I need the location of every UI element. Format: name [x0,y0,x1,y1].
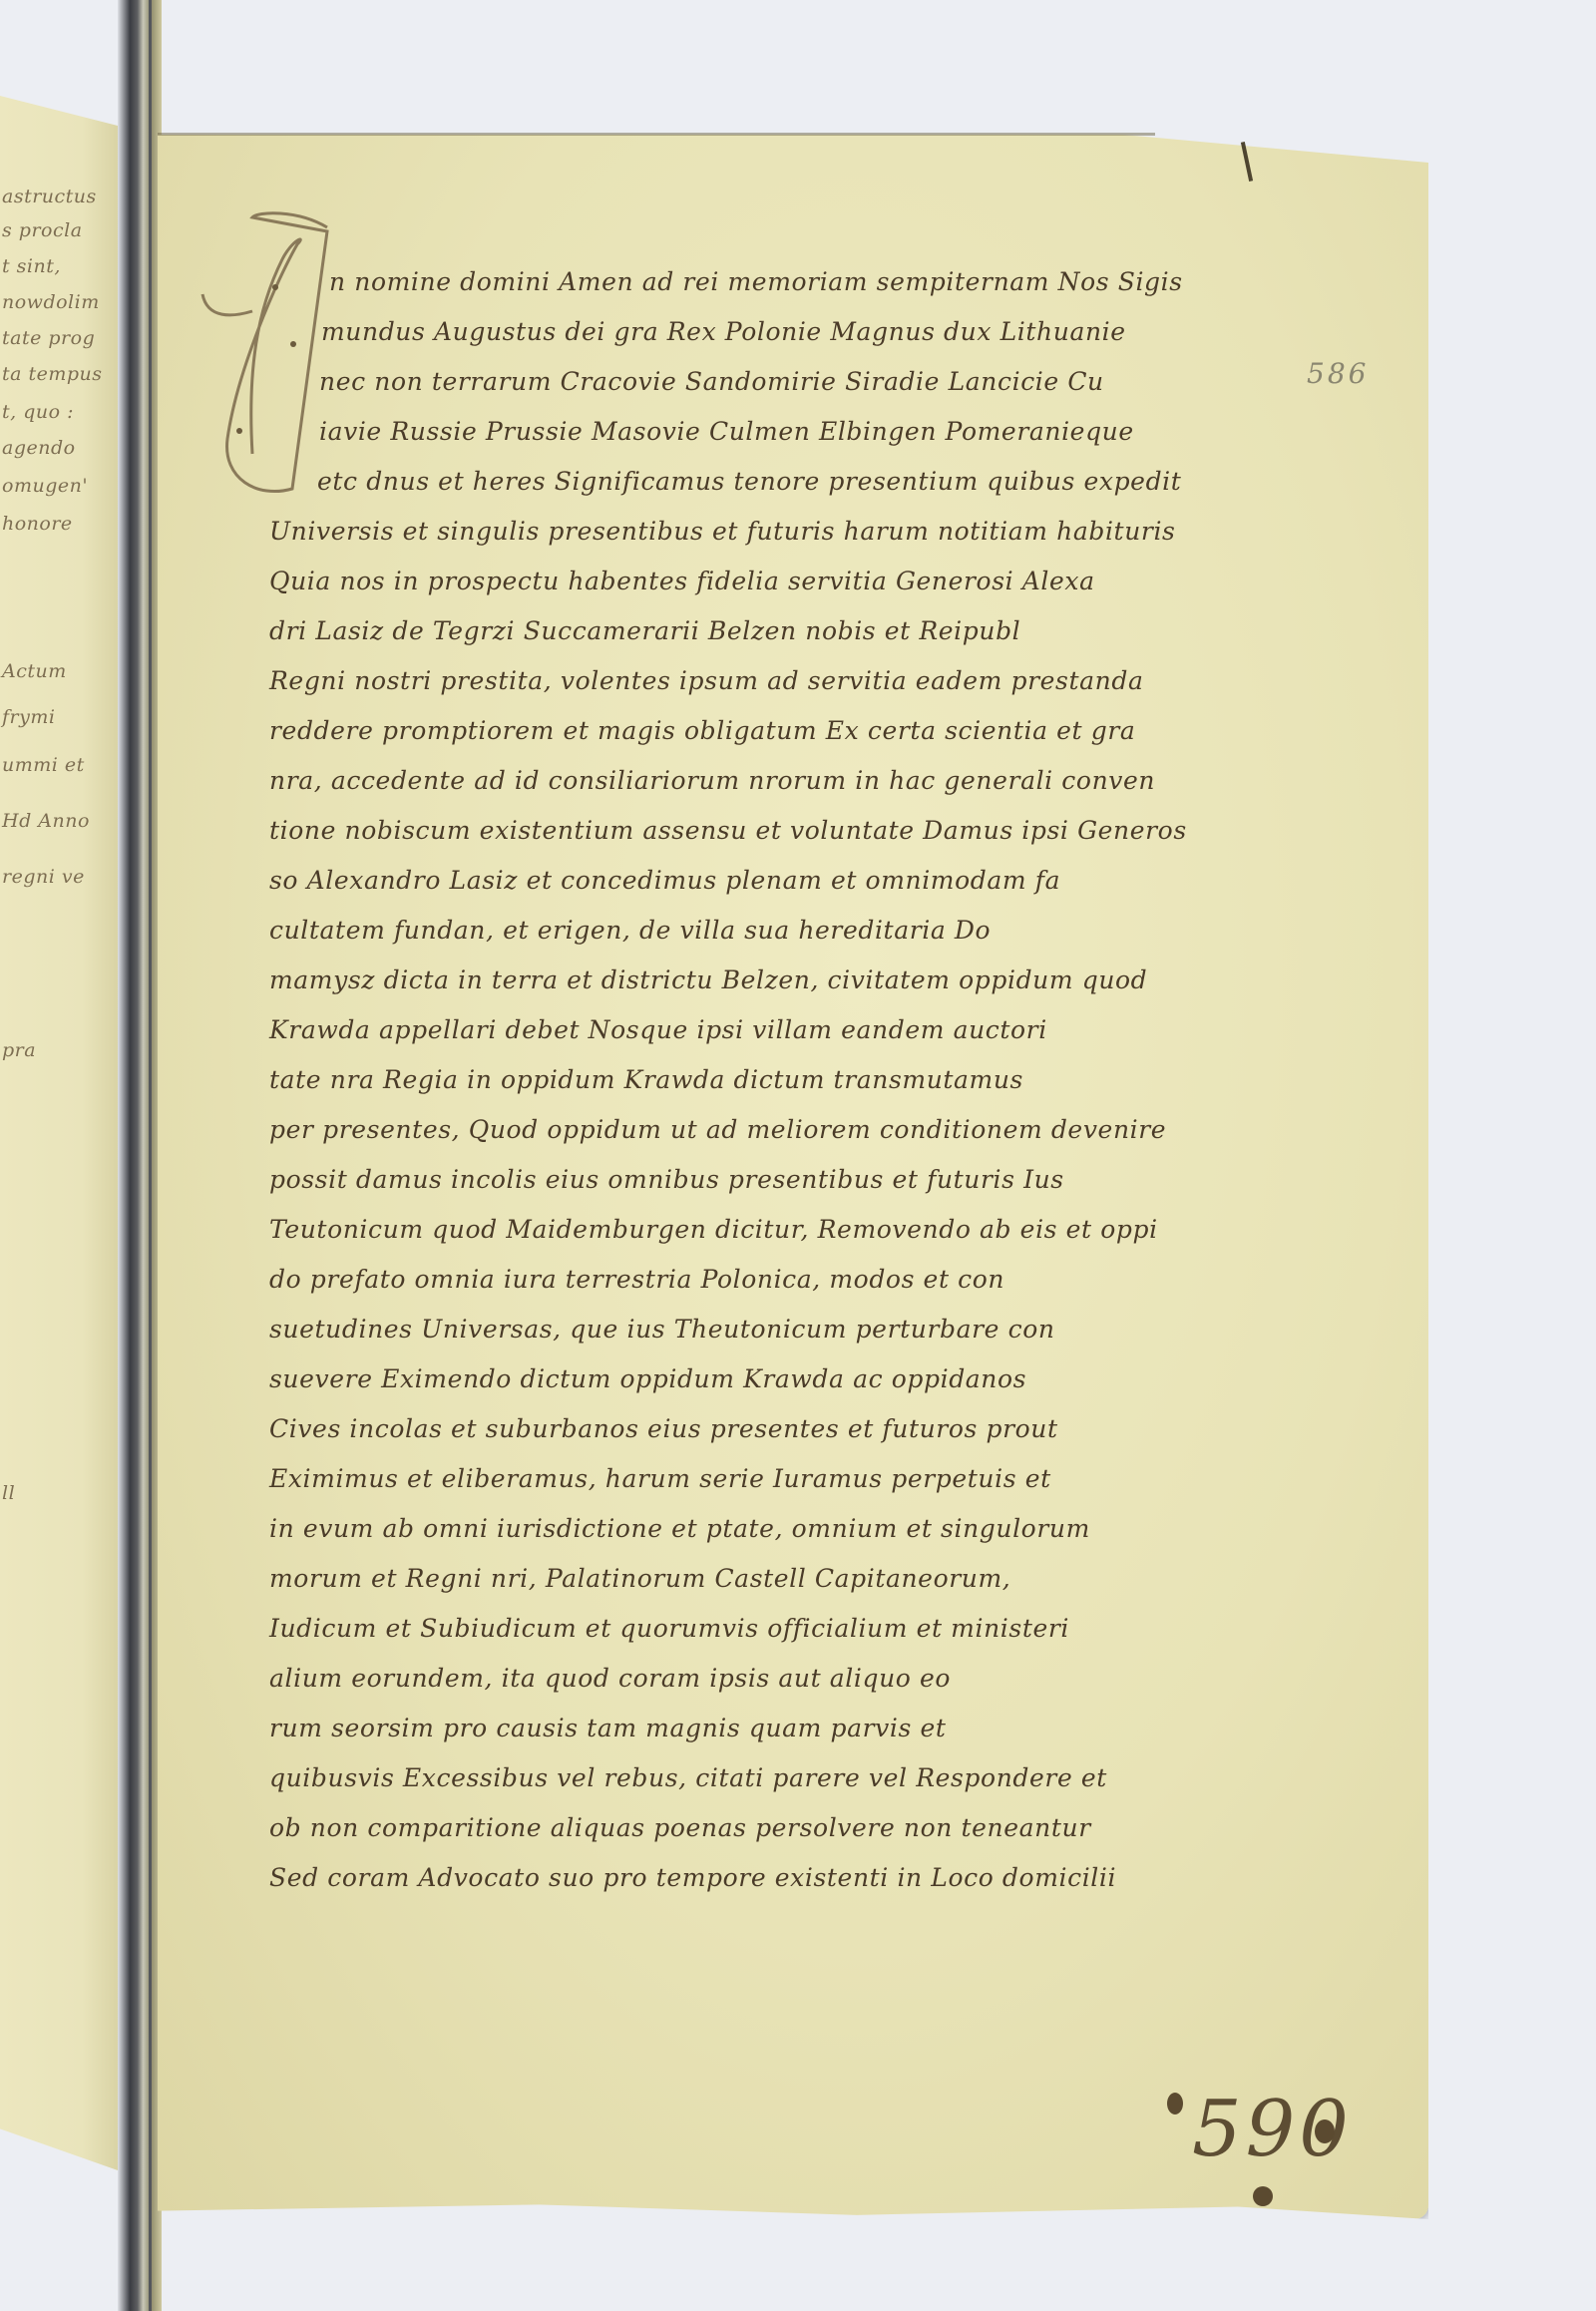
text-line: Iudicum et Subiudicum et quorumvis offic… [269,1614,1069,1643]
manuscript-scan: astructus s procla t sint, nowdolim tate… [0,0,1596,2311]
text-line: tate nra Regia in oppidum Krawda dictum … [269,1065,1023,1094]
text-line: iavie Russie Prussie Masovie Culmen Elbi… [319,417,1134,446]
text-line: do prefato omnia iura terrestria Polonic… [269,1265,1004,1294]
text-line: dri Lasiz de Tegrzi Succamerarii Belzen … [269,616,1020,645]
text-line: Universis et singulis presentibus et fut… [269,517,1175,546]
left-margin-text: t sint, [2,255,61,277]
left-margin-text: agendo [2,437,76,459]
text-line: Teutonicum quod Maidemburgen dicitur, Re… [269,1215,1158,1244]
left-margin-text: nowdolim [2,291,100,313]
text-line: Sed coram Advocato suo pro tempore exist… [269,1863,1116,1892]
decorated-initial-icon [198,199,367,499]
left-margin-text: pra [2,1039,36,1061]
text-line: nra, accedente ad id consiliariorum nror… [269,766,1155,795]
book-gutter [118,0,162,2311]
left-margin-text: t, quo : [2,401,74,423]
text-line: suevere Eximendo dictum oppidum Krawda a… [269,1364,1026,1393]
text-line: tione nobiscum existentium assensu et vo… [269,816,1187,845]
text-line: reddere promptiorem et magis obligatum E… [269,716,1135,745]
text-line: rum seorsim pro causis tam magnis quam p… [269,1714,947,1742]
left-margin-text: frymi [2,706,55,728]
left-margin-text: s procla [2,219,83,241]
left-margin-text: ll [2,1482,15,1504]
text-line: Eximimus et eliberamus, harum serie Iura… [269,1464,1051,1493]
text-line: mamysz dicta in terra et districtu Belze… [269,965,1147,994]
text-line: quibusvis Excessibus vel rebus, citati p… [269,1763,1107,1792]
text-line: per presentes, Quod oppidum ut ad melior… [269,1115,1166,1144]
text-line: in evum ab omni iurisdictione et ptate, … [269,1514,1090,1543]
left-margin-text: Hd Anno [2,810,90,832]
text-line: Krawda appellari debet Nosque ipsi villa… [269,1015,1047,1044]
text-line: morum et Regni nri, Palatinorum Castell … [269,1564,1010,1593]
ink-blot [1253,2186,1273,2206]
left-margin-text: ummi et [2,754,85,776]
text-line: cultatem fundan, et erigen, de villa sua… [269,916,991,945]
text-line: etc dnus et heres Significamus tenore pr… [317,467,1181,496]
text-line: possit damus incolis eius omnibus presen… [269,1165,1064,1194]
left-margin-text: tate prog [2,327,95,349]
binding-edge [149,0,152,2311]
left-margin-text: honore [2,513,73,535]
text-line: ob non comparitione aliquas poenas perso… [269,1813,1091,1842]
pencil-folio-note: 586 [1307,357,1369,390]
left-margin-text: regni ve [2,866,85,888]
left-margin-text: astructus [2,186,97,207]
text-line: Cives incolas et suburbanos eius present… [269,1414,1058,1443]
left-margin-text: Actum [2,660,67,682]
text-line: Regni nostri prestita, volentes ipsum ad… [269,666,1143,695]
left-margin-text: omugen' [2,475,88,497]
ink-blot [1315,2119,1335,2143]
left-page: astructus s procla t sint, nowdolim tate… [0,96,118,2170]
text-line: n nomine domini Amen ad rei memoriam sem… [329,267,1183,296]
text-line: alium eorundem, ita quod coram ipsis aut… [269,1664,951,1693]
text-line: Quia nos in prospectu habentes fidelia s… [269,567,1095,595]
text-line: so Alexandro Lasiz et concedimus plenam … [269,866,1060,895]
text-line: suetudines Universas, que ius Theutonicu… [269,1315,1055,1344]
ink-blot [1167,2093,1183,2115]
text-line: nec non terrarum Cracovie Sandomirie Sir… [319,367,1104,396]
text-line: mundus Augustus dei gra Rex Polonie Magn… [321,317,1126,346]
page-top-edge [158,133,1155,136]
left-margin-text: ta tempus [2,363,103,385]
